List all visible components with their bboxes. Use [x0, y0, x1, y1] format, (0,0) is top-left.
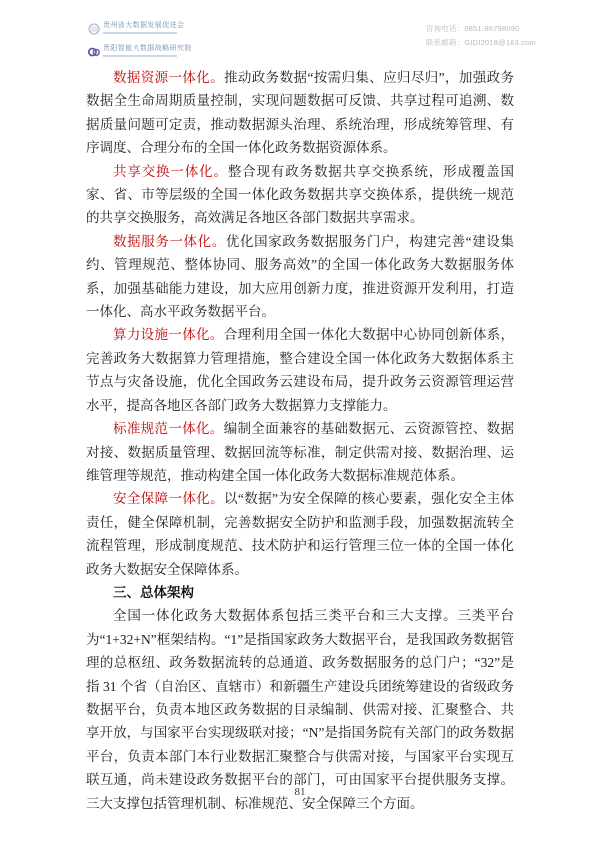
- document-page: 贵州省大数据发展促进会 贵阳智能大数据战略研究院 咨询电: [0, 0, 600, 848]
- document-body: 数据资源一体化。推动政务数据“按需归集、应归尽归”，加强政务数据全生命周期质量控…: [86, 66, 514, 815]
- association-logo-title: 贵州省大数据发展促进会: [103, 22, 184, 30]
- paragraph-lead: 标准规范一体化。: [113, 421, 224, 436]
- page-header: 贵州省大数据发展促进会 贵阳智能大数据战略研究院 咨询电: [88, 22, 536, 63]
- institute-logo-title: 贵阳智能大数据战略研究院: [103, 45, 192, 53]
- paragraph-lead: 算力设施一体化。: [113, 327, 224, 342]
- contact-phone-number: 0851-86798090: [464, 24, 519, 33]
- institute-logo-subtitle: [103, 55, 177, 57]
- paragraph-standard-spec: 标准规范一体化。编制全面兼容的基础数据元、云资源管控、数据对接、数据质量管理、数…: [86, 417, 514, 487]
- paragraph-lead: 安全保障一体化。: [113, 491, 224, 506]
- paragraph-security: 安全保障一体化。以“数据”为安全保障的核心要素，强化安全主体责任，健全保障机制，…: [86, 487, 514, 581]
- contact-phone: 咨询电话：0851-86798090: [426, 22, 536, 36]
- paragraph-lead: 数据资源一体化。: [113, 70, 224, 85]
- paragraph-computing-facility: 算力设施一体化。合理利用全国一体化大数据中心协同创新体系，完善政务大数据算力管理…: [86, 323, 514, 417]
- contact-phone-label: 咨询电话：: [426, 24, 465, 33]
- paragraph-lead: 共享交换一体化。: [113, 164, 228, 179]
- section-heading: 三、总体架构: [86, 581, 514, 604]
- paragraph-share-exchange: 共享交换一体化。整合现有政务数据共享交换系统，形成覆盖国家、省、市等层级的全国一…: [86, 160, 514, 230]
- paragraph-overall-architecture: 全国一体化政务大数据体系包括三类平台和三大支撑。三类平台为“1+32+N”框架结…: [86, 604, 514, 815]
- contact-email: 联系邮箱：GIDI2018@163.com: [426, 36, 536, 50]
- association-logo-subtitle: [103, 32, 177, 34]
- page-number: 81: [0, 786, 600, 798]
- contact-email-address: GIDI2018@163.com: [464, 38, 536, 47]
- logo-association: 贵州省大数据发展促进会: [88, 22, 192, 40]
- logo-institute: 贵阳智能大数据战略研究院: [88, 45, 192, 63]
- institute-logo-icon: [88, 45, 100, 63]
- paragraph-lead: 数据服务一体化。: [113, 234, 226, 249]
- paragraph-data-resource: 数据资源一体化。推动政务数据“按需归集、应归尽归”，加强政务数据全生命周期质量控…: [86, 66, 514, 160]
- contact-email-label: 联系邮箱：: [426, 38, 465, 47]
- paragraph-text: 全国一体化政务大数据体系包括三类平台和三大支撑。三类平台为“1+32+N”框架结…: [86, 608, 514, 810]
- association-logo-icon: [88, 22, 100, 40]
- paragraph-data-service: 数据服务一体化。优化国家政务数据服务门户，构建完善“建设集约、管理规范、整体协同…: [86, 230, 514, 324]
- header-logos: 贵州省大数据发展促进会 贵阳智能大数据战略研究院: [88, 22, 192, 63]
- contact-info: 咨询电话：0851-86798090 联系邮箱：GIDI2018@163.com: [426, 22, 536, 49]
